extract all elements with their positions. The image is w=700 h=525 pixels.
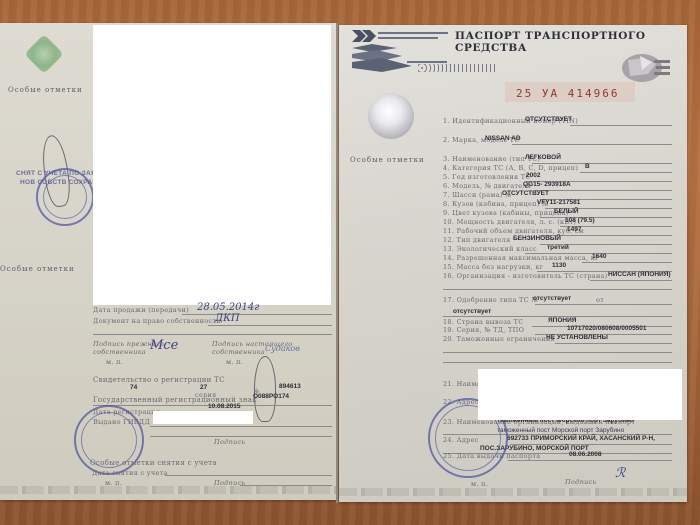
field-value: 108 (79.5)	[565, 217, 595, 224]
field-value: 1497	[567, 226, 581, 233]
field-value: 10717020/080608/0005501	[567, 325, 647, 332]
field-label: 12. Тип двигателя	[443, 236, 511, 244]
special-marks-heading: Особые отметки	[8, 86, 83, 94]
field-label: 20. Таможенные ограничения	[443, 335, 555, 343]
field-line	[535, 190, 672, 191]
field-label: 5. Год изготовления ТС	[443, 173, 531, 181]
field-line	[508, 460, 672, 461]
field-line	[443, 352, 672, 353]
page-fold	[336, 23, 338, 503]
field-line	[150, 426, 332, 427]
field-label: 13. Экологический класс	[443, 245, 537, 253]
field-value: 692733 ПРИМОРСКИЙ КРАЙ, ХАСАНСКИЙ Р-Н,	[507, 435, 655, 442]
field-label: 6. Модель, № двигателя	[443, 182, 531, 190]
vehicle-emblem-icon	[618, 52, 672, 84]
reg-date-value: 10.08.2015	[208, 403, 241, 410]
mp-mark: м. п.	[106, 358, 123, 366]
field-value: 1130	[552, 262, 566, 269]
field-line	[535, 304, 672, 305]
redacted-block	[93, 25, 331, 305]
field-value: НЕ УСТАНОВЛЕНЫ	[546, 334, 608, 341]
special-marks-heading: Особые отметки	[350, 156, 425, 164]
field-value: NISSAN AD	[485, 135, 521, 142]
reg-cert-number: 894613	[279, 383, 301, 390]
signature-label: Подпись	[565, 478, 596, 486]
dereg-label: Особые отметки снятия с учета	[90, 459, 217, 467]
field-value: третий	[547, 244, 569, 251]
field-label: 14. Разрешенная максимальная масса, кг	[443, 254, 599, 262]
signature-label: Подпись	[214, 438, 245, 446]
sale-date-value: 28.05.2014г	[197, 302, 259, 313]
field-value: 1640	[592, 253, 606, 260]
field-label: 11. Рабочий объем двигателя, куб. см	[443, 227, 584, 235]
field-line	[165, 475, 332, 476]
mp-mark: м. п.	[105, 479, 122, 487]
document-title: ПАСПОРТ ТРАНСПОРТНОГО СРЕДСТВА	[455, 30, 700, 54]
field-line	[512, 144, 672, 145]
field-line	[150, 436, 332, 437]
field-label: 15. Масса без нагрузки, кг	[443, 263, 543, 271]
ownership-doc-value: ДКП	[215, 313, 240, 324]
field-label: 17. Одобрение типа ТС №	[443, 296, 538, 304]
prev-owner-sig-label: собственника	[93, 348, 146, 356]
mp-mark: м. п.	[226, 358, 243, 366]
ownership-doc-label: Документ на право собственности	[93, 317, 221, 325]
field-line	[443, 289, 672, 290]
redacted-block	[478, 369, 682, 420]
field-line	[590, 280, 672, 281]
special-marks-heading: Особые отметки	[0, 265, 75, 273]
official-stamp	[36, 168, 94, 226]
reg-cert-label: Свидетельство о регистрации ТС	[93, 376, 225, 384]
field-value: ОТСУТСТВУЕТ	[502, 190, 549, 197]
reg-cert-region: 74	[130, 384, 137, 391]
field-line	[443, 362, 672, 363]
field-label: 18. Страна вывоза ТС	[443, 318, 523, 326]
official-signature: ℛ	[615, 466, 625, 481]
redacted-block	[153, 411, 253, 424]
security-strip	[339, 488, 687, 496]
field-label: 8. Кузов (кабина, прицеп) №	[443, 200, 548, 208]
document-serial-number: 25 УА 414966	[516, 87, 619, 100]
field-value: НИССАН (ЯПОНИЯ)	[608, 271, 671, 278]
field-value: отсутствует	[533, 295, 571, 302]
dereg-date-label: Дата снятия с учета	[92, 469, 168, 477]
plate-value: О088РО174	[253, 393, 289, 400]
field-line	[182, 314, 332, 315]
field-line	[93, 334, 332, 335]
field-line	[208, 325, 332, 326]
field-value: 08.06.2008	[569, 451, 602, 458]
hologram-icon	[368, 93, 414, 139]
mp-mark: м. п.	[471, 480, 488, 488]
field-value: ЯПОНИЯ	[548, 317, 576, 324]
security-strip	[0, 486, 337, 494]
prev-owner-signature: Мсе	[150, 338, 178, 353]
field-label: 19. Серия, № ТД, ТПО	[443, 326, 524, 334]
new-owner-signature: Судаков	[265, 344, 300, 353]
reg-cert-series: 27	[200, 384, 207, 391]
field-label: 9. Цвет кузова (кабины, прицепа)	[443, 209, 569, 217]
field-value: В	[585, 163, 590, 170]
field-value: отсутствует	[453, 308, 491, 315]
field-value: VFY11-217581	[537, 199, 580, 206]
field-value: 2002	[526, 172, 540, 179]
field-line	[570, 125, 672, 126]
field-line	[582, 262, 672, 263]
field-label: 10. Мощность двигателя, л. с. (кВт)	[443, 218, 576, 226]
guilloche-pattern	[418, 64, 498, 72]
field-value: БЕЛЫЙ	[554, 208, 579, 215]
field-value: таможенный пост Морской порт Зарубино	[497, 427, 624, 434]
field-line	[580, 172, 672, 173]
field-value: ОТСУТСТВУЕТ	[525, 116, 572, 123]
field-label: 4. Категория ТС (А, В, С, D, прицеп)	[443, 164, 578, 172]
field-label: 16. Организация - изготовитель ТС (стран…	[443, 272, 608, 280]
field-line	[240, 485, 332, 486]
field-label: от	[596, 296, 604, 304]
field-value: БЕНЗИНОВЫЙ	[513, 235, 561, 242]
sale-date-label: Дата продажи (передачи)	[93, 306, 189, 314]
new-owner-sig-label: собственника	[212, 348, 265, 356]
field-line	[555, 343, 672, 344]
field-value: ЛЕГКОВОЙ	[525, 154, 561, 161]
field-value: QG15- 293918A	[523, 181, 571, 188]
